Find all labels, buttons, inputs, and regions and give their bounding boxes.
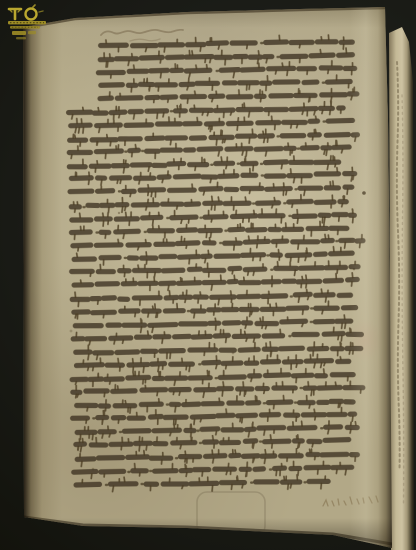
parchment-speckles [0, 0, 2, 2]
manuscript-page [0, 0, 416, 550]
page-marks [0, 0, 416, 550]
library-stamp-icon [6, 4, 52, 44]
bottom-inscription-mark [323, 496, 378, 506]
manuscript-photo [0, 0, 416, 550]
foliation-mark [101, 30, 183, 41]
